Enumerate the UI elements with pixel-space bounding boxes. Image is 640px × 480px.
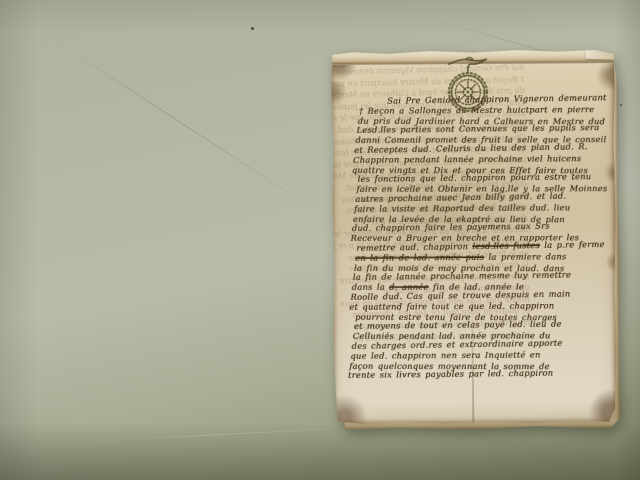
- struck-text: en la fin de lad. année puis: [355, 252, 484, 263]
- manuscript-line: Chappiron pendant lannée prochaine viel …: [353, 154, 608, 166]
- surface-scratch: [42, 32, 319, 213]
- line-text: et moyens de tout en celas payé led. lie…: [354, 319, 562, 331]
- line-text: trente six livres payables par led. chap…: [348, 368, 553, 380]
- surface-speck: [251, 27, 254, 30]
- manuscript-stack: Sai Pre Geniard chappiron Vigneron demeu…: [331, 49, 624, 433]
- handwritten-text: Sai Pre Geniard chappiron Vigneron demeu…: [353, 95, 611, 381]
- line-text: et quattend faire tout ce que led. chapp…: [349, 300, 554, 311]
- line-text: que led. chappiron nen sera Inquietté en: [350, 349, 540, 360]
- line-text: la p.re ferme: [540, 239, 605, 250]
- manuscript-line: faire la visite et Raportud des tailles …: [354, 203, 607, 215]
- manuscript-page: Sai Pre Geniard chappiron Vigneron demeu…: [331, 49, 618, 425]
- photo-scene: Sai Pre Geniard chappiron Vigneron demeu…: [0, 0, 640, 480]
- manuscript-line: trente six livres payables par led. chap…: [348, 368, 604, 381]
- line-text: Chappiron pendant lannée prochaine viel …: [353, 153, 581, 165]
- lifted-corner: [586, 49, 614, 60]
- manuscript-line: que led. chappiron nen sera Inquietté en: [350, 350, 604, 362]
- struck-text: lesd.lles fustes: [472, 240, 540, 251]
- manuscript-line: en la fin de lad. année puis la premiere…: [355, 252, 606, 264]
- manuscript-line: et quattend faire tout ce que led. chapp…: [349, 301, 605, 313]
- line-text: † Beçon a Sallonges au Mestre huictpart …: [359, 104, 594, 116]
- manuscript-line: † Beçon a Sallonges au Mestre huictpart …: [359, 105, 609, 117]
- line-text: la fin de lannée prochaine mesme luy rem…: [353, 270, 571, 282]
- line-text: la premiere dans: [484, 251, 566, 262]
- line-text: dud. chappiron faire les payemens aux Sr…: [352, 221, 550, 233]
- line-text: faire la visite et Raportud des tailles …: [354, 202, 570, 214]
